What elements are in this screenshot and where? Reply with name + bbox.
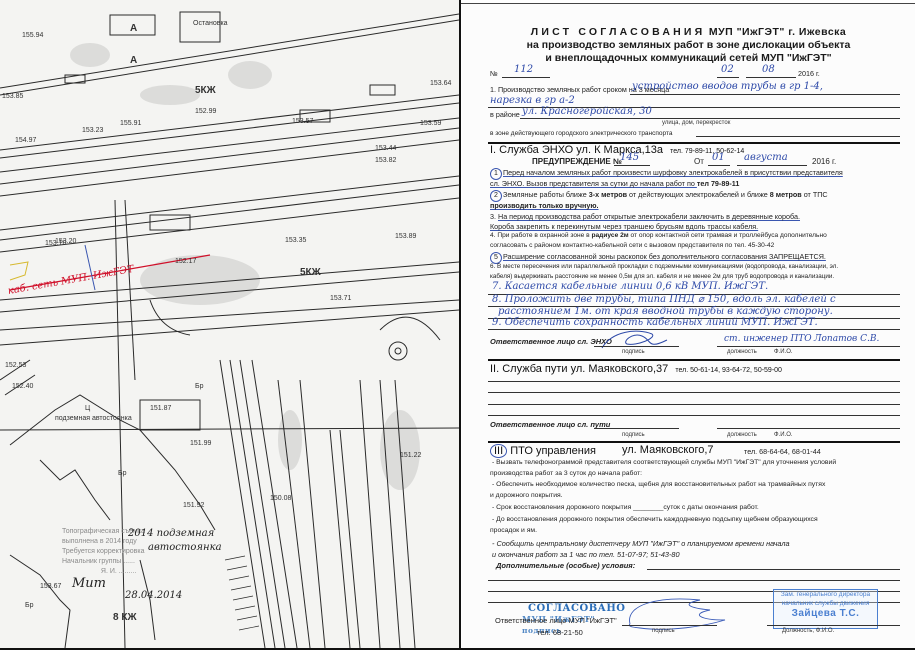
- stamp-department-line: начальник службы движения: [774, 599, 877, 608]
- date-month[interactable]: 08: [762, 64, 775, 75]
- elevation-label: 153.59: [420, 120, 441, 127]
- item-text: от ТПС: [802, 190, 828, 199]
- pto-item-2-cont: и дорожного покрытия.: [490, 492, 563, 499]
- section-enho-tel: тел. 79-89-11, 50-62-14: [670, 148, 744, 155]
- item-text: При работе в охранной зоне в: [497, 232, 591, 239]
- warning-number-underline: [614, 165, 650, 166]
- item-text: Расширение согласованной зоны раскопок б…: [503, 252, 826, 261]
- map-label-a2: А: [130, 55, 137, 66]
- item-text: кабеля) выдерживать расстояние не менее …: [490, 273, 834, 280]
- enho-item-1-cont: сл. ЭНХО. Вызов представителя за сутки д…: [490, 179, 739, 188]
- pto-item-4-cont: просадок и ям.: [490, 527, 537, 534]
- dispatcher-line-1: - Сообщить центральному диспетчеру МУП "…: [492, 539, 790, 548]
- map-label-parking: подземная автостоянка: [55, 415, 132, 422]
- elevation-label: 152.17: [175, 258, 196, 265]
- mup-responsible-label: Ответственное лицо МУП "ИжГЭТ": [495, 616, 617, 625]
- warning-label: ПРЕДУПРЕЖДЕНИЕ №: [532, 157, 622, 166]
- number-value[interactable]: 112: [514, 64, 533, 75]
- approval-sheet-form: ЛИСТ СОГЛАСОВАНИЯ МУП "ИжГЭТ" г. Ижевска…: [462, 4, 915, 648]
- transport-zone-label: в зоне действующего городского электриче…: [490, 130, 673, 137]
- handwritten-item-8[interactable]: 8. Проложить две трубы, типа ПНД ⌀ 150, …: [492, 294, 836, 305]
- pto-item-4: - До восстановления дорожного покрытия о…: [492, 516, 818, 523]
- item-number: 6.: [490, 263, 495, 270]
- caption-signature: подпись: [622, 432, 645, 438]
- track-line-1[interactable]: [488, 381, 900, 382]
- track-line-3[interactable]: [488, 404, 900, 405]
- elevation-label: 155.91: [120, 120, 141, 127]
- elevation-label: 154.97: [15, 137, 36, 144]
- warning-year: 2016 г.: [812, 157, 836, 166]
- section-enho-header: I. Служба ЭНХО ул. К Маркса,13а тел. 79-…: [490, 144, 744, 156]
- track-line-2[interactable]: [488, 392, 900, 393]
- elevation-label: 153.57: [292, 118, 313, 125]
- pto-item-1: - Вызвать телефонограммой представителя …: [492, 459, 836, 466]
- date-day-underline: [717, 77, 739, 78]
- map-label-a1: А: [130, 23, 137, 34]
- caption-fio: Ф.И.О.: [774, 432, 793, 438]
- district-label: в районе: [490, 110, 520, 119]
- enho-item-4-cont: согласовать с районом контактно-кабельно…: [490, 242, 774, 249]
- item-text: от опор контактной сети трамвая и тролле…: [629, 232, 827, 239]
- section-pto-number-circled: III: [490, 444, 507, 458]
- form-title-line-1: ЛИСТ СОГЛАСОВАНИЯ МУП "ИжГЭТ" г. Ижевска: [462, 26, 915, 39]
- stamp-agreed-title: СОГЛАСОВАНО: [528, 603, 626, 614]
- item1-value-line1[interactable]: устройство вводов трубы в гр 1-4,: [632, 81, 823, 92]
- item-text: Земляные работы ближе: [503, 190, 589, 199]
- map-label-br3: Бр: [195, 383, 204, 390]
- item1-value-line2[interactable]: нарезка в гр а-2: [490, 95, 575, 106]
- handwritten-line-4: [488, 329, 900, 330]
- elevation-label: 152.40: [12, 383, 33, 390]
- section-pto-title: ПТО управления: [510, 445, 596, 457]
- enho-item-2-cont: производить только вручную.: [490, 201, 599, 210]
- enho-responsible-label: Ответственное лицо сл. ЭНХО: [490, 337, 612, 346]
- bottom-caption-signature: подпись: [652, 628, 675, 634]
- date-year: 2016 г.: [798, 69, 820, 78]
- warning-month[interactable]: августа: [744, 152, 788, 163]
- date-month-underline: [746, 77, 796, 78]
- enho-item-6: 6. В месте пересечения или параллельной …: [490, 263, 838, 270]
- item-text: от действующих электрокабелей и ближе: [627, 190, 770, 199]
- pto-item-1-cont: производства работ за 3 суток до начала …: [490, 470, 642, 477]
- section-divider-3: [488, 441, 900, 443]
- item-text-bold: тел 79-89-11: [697, 179, 739, 188]
- warning-month-underline: [737, 165, 807, 166]
- map-label-stop: Остановка: [193, 20, 228, 27]
- caption-signature: подпись: [622, 349, 645, 355]
- handwritten-note-parking: автостоянка: [148, 542, 222, 553]
- number-label: №: [490, 69, 498, 78]
- warning-day-underline: [708, 165, 730, 166]
- handwritten-date-map: 28.04.2014: [125, 590, 182, 601]
- bottom-caption-position-fio: Должность, Ф.И.О.: [782, 628, 834, 634]
- scan-page-divider: [459, 0, 461, 648]
- stamp-title-line: Зам. генерального директора: [774, 590, 877, 599]
- item-text: сл. ЭНХО. Вызов представителя за сутки д…: [490, 179, 697, 188]
- section-divider-2: [488, 359, 900, 361]
- transport-zone-underline: [696, 136, 900, 137]
- caption-fio: Ф.И.О.: [774, 349, 793, 355]
- elevation-label: 153.35: [285, 237, 306, 244]
- section-pto-address: ул. Маяковского,7: [622, 444, 714, 456]
- elevation-label: 153.44: [375, 145, 396, 152]
- map-label-c: Ц: [85, 405, 90, 412]
- map-label-br2: Бр: [25, 602, 34, 609]
- track-responsible-label: Ответственное лицо сл. пути: [490, 420, 610, 429]
- elevation-label: 151.92: [183, 502, 204, 509]
- form-title: ЛИСТ СОГЛАСОВАНИЯ МУП "ИжГЭТ" г. Ижевска…: [462, 26, 915, 65]
- dispatcher-line-2: и окончания работ за 1 час по тел. 51-07…: [492, 550, 680, 559]
- district-value[interactable]: ул. Красногеройская, 30: [522, 106, 652, 117]
- number-underline: [502, 77, 550, 78]
- form-title-main: ЛИСТ СОГЛАСОВАНИЯ: [531, 26, 706, 38]
- item-text-bold: радиусе 2м: [591, 232, 628, 239]
- elevation-label: 153.67: [40, 583, 61, 590]
- track-line-4[interactable]: [488, 415, 900, 416]
- handwritten-item-8-cont[interactable]: расстоянием 1м. от края вводной трубы в …: [498, 306, 833, 317]
- elevation-label: 151.22: [400, 452, 421, 459]
- elevation-label: 153.71: [330, 295, 351, 302]
- item-text-bold: 8 метров: [770, 190, 802, 199]
- enho-item-6-cont: кабеля) выдерживать расстояние не менее …: [490, 273, 834, 280]
- section-pto-tel: тел. 68-64-64, 68-01-44: [744, 447, 821, 456]
- caption-position: должность: [727, 432, 757, 438]
- elevation-label: 153.64: [430, 80, 451, 87]
- stamp-name: Зайцева Т.С.: [774, 608, 877, 620]
- form-title-org: МУП "ИжГЭТ" г. Ижевска: [709, 26, 846, 38]
- elevation-label: 153.23: [82, 127, 103, 134]
- section-track-header: II. Служба пути ул. Маяковского,37 тел. …: [490, 363, 782, 375]
- pto-item-3: - Срок восстановления дорожного покрытия…: [492, 504, 759, 511]
- item-text: На период производства работ открытые эл…: [498, 212, 800, 221]
- item-number: 4.: [490, 232, 496, 239]
- item-text: Короба закрепить к перекинутым через тра…: [490, 222, 758, 231]
- mup-signature-underline: [622, 625, 717, 626]
- enho-signature-underline: [594, 346, 679, 347]
- enho-position[interactable]: ст. инженер ПТО: [724, 334, 812, 344]
- map-label-5kzh-middle: 5КЖ: [300, 267, 321, 278]
- item1-underline-1: [630, 94, 900, 95]
- map-label-8kzh: 8 КЖ: [113, 612, 136, 623]
- elevation-label: 150.08: [270, 495, 291, 502]
- elevation-label: 152.99: [195, 108, 216, 115]
- item-text: В месте пересечения или параллельной про…: [497, 263, 838, 270]
- district-caption: улица, дом, перекресток: [662, 120, 730, 126]
- enho-item-4: 4. При работе в охранной зоне в радиусе …: [490, 232, 827, 239]
- enho-item-3-cont: Короба закрепить к перекинутым через тра…: [490, 222, 758, 231]
- track-position-underline[interactable]: [717, 428, 900, 429]
- elevation-label: 153.82: [375, 157, 396, 164]
- elevation-label: 153.20: [55, 238, 76, 245]
- elevation-label: 151.99: [190, 440, 211, 447]
- item-text: Перед началом земляных работ произвести …: [503, 168, 843, 177]
- item-text: согласовать с районом контактно-кабельно…: [490, 242, 774, 249]
- topographic-map-scan: 5КЖ 5КЖ 8 КЖ А А Бр Бр Бр Ц Остановка по…: [0, 0, 459, 648]
- section-pto-header: III ПТО управления: [490, 444, 596, 458]
- date-day[interactable]: 02: [721, 64, 734, 75]
- form-title-line-2: на производство земляных работ в зоне ди…: [462, 39, 915, 52]
- warning-number[interactable]: 145: [620, 152, 639, 163]
- map-label-5kzh-top: 5КЖ: [195, 85, 216, 96]
- additional-conditions-label: Дополнительные (особые) условия:: [496, 561, 635, 570]
- handwritten-note-underground: 2014 подземная: [128, 528, 214, 539]
- item-text-bold: производить только вручную.: [490, 201, 599, 210]
- item-text-bold: 3-х метров: [589, 190, 627, 199]
- scan-bottom-edge: [0, 648, 915, 650]
- district-underline: [520, 118, 900, 119]
- enho-position-underline: [717, 346, 900, 347]
- track-signature-underline[interactable]: [594, 428, 679, 429]
- elevation-label: 155.94: [22, 32, 43, 39]
- section-track-title: II. Служба пути ул. Маяковского,37: [490, 363, 668, 375]
- elevation-label: 152.53: [5, 362, 26, 369]
- mup-tel: тел. 68-21-50: [537, 628, 583, 637]
- section-track-tel: тел. 50-61-14, 93-64-72, 50-59-00: [675, 367, 782, 374]
- enho-item-3: 3. На период производства работ открытые…: [490, 212, 800, 221]
- elevation-label: 153.89: [395, 233, 416, 240]
- caption-position: должность: [727, 349, 757, 355]
- handwritten-signature-map: Мит: [72, 576, 106, 591]
- additional-line-2[interactable]: [488, 580, 900, 581]
- mup-position-underline: [767, 625, 900, 626]
- warning-from-label: От: [694, 157, 704, 166]
- warning-day[interactable]: 01: [712, 152, 725, 163]
- map-label-br1: Бр: [118, 470, 127, 477]
- handwritten-item-7[interactable]: 7. Касается кабельные линии 0,6 кВ МУП. …: [492, 281, 768, 292]
- enho-name[interactable]: Лопатов С.В.: [814, 334, 879, 344]
- elevation-label: 153.85: [2, 93, 23, 100]
- item-number: 3.: [490, 212, 496, 221]
- pto-item-2: - Обеспечить необходимое количество песк…: [492, 481, 825, 488]
- official-stamp: Зам. генерального директора начальник сл…: [773, 589, 878, 629]
- mup-signature-icon: [620, 594, 740, 634]
- additional-line-1[interactable]: [647, 569, 900, 570]
- elevation-label: 151.87: [150, 405, 171, 412]
